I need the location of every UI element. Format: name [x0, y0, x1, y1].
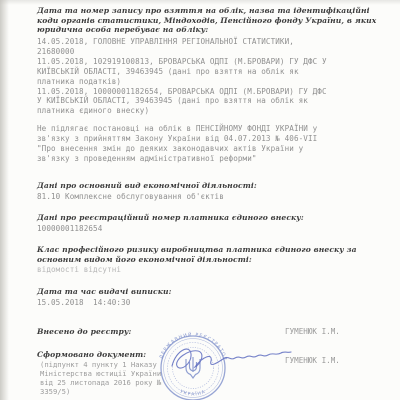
text-line: У КИЇВСЬКІЙ ОБЛАСТІ, 39463945 (дані про … [37, 96, 377, 106]
text-line: платника єдиного внеску) [37, 106, 377, 116]
scan-top-shadow [0, 0, 400, 5]
text-line: "Про внесення змін до деяких законодавчи… [37, 144, 377, 154]
official-stamp: ДЕРЖАВНИЙ РЕЄСТРАТОР УКРАЇНА [140, 322, 305, 400]
trident-icon [186, 357, 200, 378]
single-tax-reg-section: Дані про реєстраційний номер платника єд… [37, 213, 377, 234]
text-line: зв'язку з прийняттям Закону України від … [37, 134, 377, 144]
issue-datetime-section: Дата та час видачі виписки: 15.05.2018 1… [37, 287, 377, 308]
document-page: Дата та номер запису про взяття на облік… [0, 0, 400, 400]
main-activity-value: 81.10 Комплексне обслуговування об'єктів [37, 192, 377, 202]
stamp-ring-text-bottom: УКРАЇНА [179, 389, 207, 398]
text-line: 21680000 [37, 47, 377, 57]
risk-class-section: Клас професійного ризику виробництва пла… [37, 245, 377, 275]
stamp-graphic: ДЕРЖАВНИЙ РЕЄСТРАТОР УКРАЇНА [140, 322, 305, 400]
main-activity-label: Дані про основний вид економічної діяльн… [37, 181, 377, 191]
pension-fund-note: Не підлягає постановці на облік в ПЕНСІЙ… [37, 124, 377, 164]
risk-class-value: відомості відсутні [37, 265, 377, 275]
single-tax-reg-label: Дані про реєстраційний номер платника єд… [37, 213, 377, 223]
risk-class-label: Клас професійного ризику виробництва пла… [37, 245, 377, 264]
text-line: 11.05.2018, 102919100813, БРОВАРСЬКА ОДП… [37, 57, 377, 67]
registration-records-label: Дата та номер запису про взяття на облік… [37, 6, 377, 35]
text-line: 14.05.2018, ГОЛОВНЕ УПРАВЛІННЯ РЕГІОНАЛЬ… [37, 37, 377, 47]
text-line: Не підлягає постановці на облік в ПЕНСІЙ… [37, 124, 377, 134]
text-line: платника податків) [37, 77, 377, 87]
issue-datetime-value: 15.05.2018 14:40:30 [37, 298, 377, 308]
main-activity-section: Дані про основний вид економічної діяльн… [37, 181, 377, 202]
text-line: зв'язку з проведенням адміністративної р… [37, 154, 377, 164]
text-line: КИЇВСЬКІЙ ОБЛАСТІ, 39463945 (дані про вз… [37, 67, 377, 77]
scan-edge-shadow [0, 0, 9, 400]
issue-datetime-label: Дата та час видачі виписки: [37, 287, 377, 297]
text-line: 11.05.2018, 10000001182654, БРОВАРСЬКА О… [37, 87, 377, 97]
registration-records-block: 14.05.2018, ГОЛОВНЕ УПРАВЛІННЯ РЕГІОНАЛЬ… [37, 37, 377, 116]
single-tax-reg-value: 10000001182654 [37, 224, 377, 234]
